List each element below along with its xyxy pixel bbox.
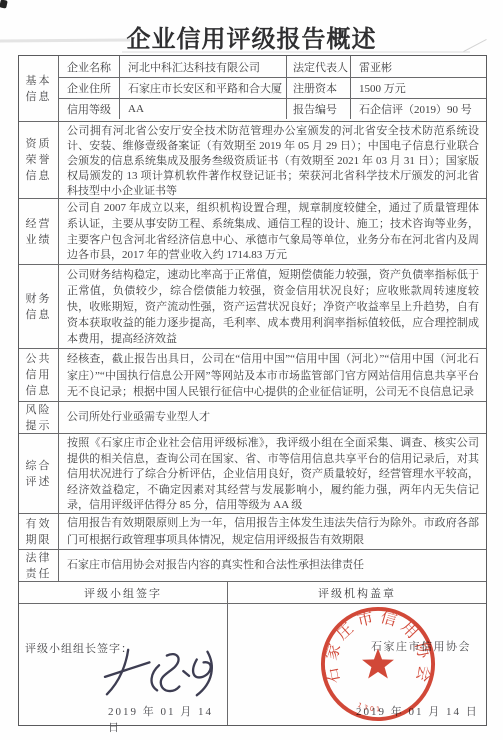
scanned-report-page: 企业信用评级报告概述 基本信息 企业名称 河北中科汇达科技有限公司 法定代表人 …	[0, 0, 503, 740]
section-performance: 经营业绩 公司自 2007 年成立以来，组织机构设置合理，规章制度较健全，通过了…	[19, 198, 486, 264]
section-label: 综合评述	[19, 434, 58, 513]
section-legal: 法律责任 石家庄市信用协会对报告内容的真实性和合法性承担法律责任	[19, 549, 486, 581]
section-summary: 综合评述 按照《石家庄市企业社会信用评级标准》，我评级小组在全面采集、调查、核实…	[19, 433, 486, 513]
table-row: 企业名称 河北中科汇达科技有限公司 法定代表人 雷亚彬	[59, 56, 486, 77]
handwritten-signature	[97, 644, 227, 702]
section-label: 财务信息	[19, 265, 58, 348]
star-icon	[362, 648, 394, 678]
section-label: 资质荣誉信息	[19, 122, 58, 198]
sign-date: 2019 年 01 月 14 日	[108, 703, 227, 735]
field-address-value: 石家庄市长安区和平路和合大厦	[119, 78, 286, 98]
section-basic-info: 基本信息 企业名称 河北中科汇达科技有限公司 法定代表人 雷亚彬 企业住所 石家…	[19, 56, 486, 121]
section-text: 按照《石家庄市企业社会信用评级标准》，我评级小组在全面采集、调查、核实公司提供的…	[58, 434, 486, 513]
section-text: 石家庄市信用协会对报告内容的真实性和合法性承担法律责任	[58, 550, 486, 581]
svg-text:石家庄市信用协会: 石家庄市信用协会	[322, 608, 434, 689]
signature-area-row: 评级小组组长签字： 2019 年 01 月 14 日 石家庄市信用协会	[19, 603, 486, 725]
section-finance: 财务信息 公司财务结构稳定，速动比率高于正常值，短期偿债能力较强，资产负债率指标…	[19, 264, 486, 348]
section-risk: 风险提示 公司所处行业亟需专业型人才	[19, 401, 486, 433]
section-text: 公司财务结构稳定，速动比率高于正常值，短期偿债能力较强，资产负债率指标低于正常值…	[58, 265, 486, 348]
section-label-basic-info: 基本信息	[19, 56, 58, 121]
seal-ring-text: 石家庄市信用协会	[322, 608, 434, 689]
section-label: 有效期限	[19, 514, 58, 549]
official-seal: 石家庄市信用协会 1301	[319, 605, 437, 723]
section-text: 信用报告有效期限原则上为一年，信用报告主体发生违法失信行为除外。市政府各部门可根…	[58, 514, 486, 549]
field-report-number-value: 石企信评（2019）90 号	[350, 99, 486, 119]
field-legal-rep-value: 雷亚彬	[350, 56, 486, 77]
seal-agency-header: 评级机构盖章	[227, 582, 486, 603]
sign-team-header: 评级小组签字	[19, 582, 227, 603]
section-qualifications: 资质荣誉信息 公司拥有河北省公安厅安全技术防范管理办公室颁发的河北省安全技术防范…	[19, 121, 486, 198]
seal-cell: 石家庄市信用协会 2019 年 01 月 14 日 石家庄市信用协会 1301	[227, 604, 486, 725]
field-address-label: 企业住所	[59, 78, 119, 98]
field-legal-rep-label: 法定代表人	[286, 56, 350, 77]
section-text: 公司自 2007 年成立以来，组织机构设置合理，规章制度较健全，通过了质量管理体…	[58, 199, 486, 264]
page-title: 企业信用评级报告概述	[0, 19, 503, 54]
section-label: 风险提示	[19, 402, 58, 433]
field-report-number-label: 报告编号	[286, 99, 350, 119]
section-validity: 有效期限 信用报告有效期限原则上为一年，信用报告主体发生违法失信行为除外。市政府…	[19, 513, 486, 549]
field-company-name-label: 企业名称	[59, 56, 119, 77]
section-label: 公共信用信息	[19, 349, 58, 401]
basic-info-rows: 企业名称 河北中科汇达科技有限公司 法定代表人 雷亚彬 企业住所 石家庄市长安区…	[58, 56, 486, 121]
section-text: 公司所处行业亟需专业型人才	[58, 402, 486, 433]
signature-header-row: 评级小组签字 评级机构盖章	[19, 581, 486, 603]
section-text: 公司拥有河北省公安厅安全技术防范管理办公室颁发的河北省安全技术防范系统设计、安装…	[58, 122, 486, 198]
signature-cell: 评级小组组长签字： 2019 年 01 月 14 日	[19, 604, 227, 725]
table-row: 企业住所 石家庄市长安区和平路和合大厦 注册资本 1500 万元	[59, 77, 486, 98]
svg-text:1301: 1301	[356, 701, 382, 713]
report-table: 基本信息 企业名称 河北中科汇达科技有限公司 法定代表人 雷亚彬 企业住所 石家…	[18, 55, 487, 726]
scan-artifact-mark	[0, 0, 8, 9]
field-registered-capital-label: 注册资本	[286, 78, 350, 98]
section-label: 法律责任	[19, 550, 58, 581]
field-credit-grade-value: AA	[119, 99, 286, 119]
table-row: 信用等级 AA 报告编号 石企信评（2019）90 号	[59, 98, 486, 119]
seal-code-text: 1301	[356, 701, 382, 713]
section-public-credit: 公共信用信息 经核查，截止报告出具日，公司在“信用中国”“信用中国（河北）”“信…	[19, 348, 486, 401]
section-text: 经核查，截止报告出具日，公司在“信用中国”“信用中国（河北）”“信用中国（河北石…	[58, 349, 486, 401]
field-credit-grade-label: 信用等级	[59, 99, 119, 119]
section-label: 经营业绩	[19, 199, 58, 264]
field-company-name-value: 河北中科汇达科技有限公司	[119, 56, 286, 77]
field-registered-capital-value: 1500 万元	[350, 78, 486, 98]
